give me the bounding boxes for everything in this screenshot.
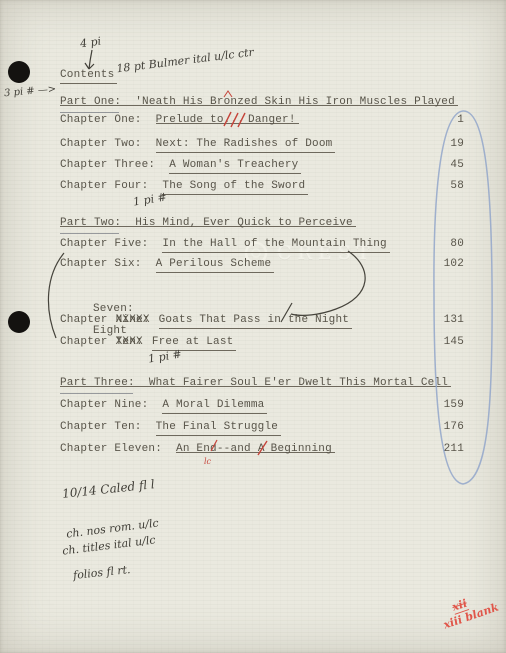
contents-heading: Contents [60,68,117,84]
page-number: 58 [450,179,464,193]
handwritten-folios-note: folios fl rt. [72,563,131,582]
part-three-row: Part Three:What Fairer Soul E'er Dwelt T… [60,376,464,391]
part-label: Part One: [60,95,121,109]
down-arrow-mark [85,50,94,69]
chapter-label: Chapter Nine: [60,398,148,412]
toc-row-chapter-five: Chapter Five: In the Hall of the Mountai… [60,237,464,252]
chapter-title: Goats That Pass in the Night [159,313,352,329]
toc-row-chapter-nine: Chapter Nine: A Moral Dilemma 159 [60,398,464,413]
toc-row-chapter-eleven: Chapter Eleven: An End--andABeginning 21… [60,442,464,457]
chapter-title: A Moral Dilemma [162,398,267,414]
chapter-title: The Final Struggle [156,420,281,436]
toc-row-chapter-three: Chapter Three: A Woman's Treachery 45 [60,158,464,173]
chapter-title: A Woman's Treachery [169,158,301,174]
page-number: 145 [444,335,464,349]
part-title: What Fairer Soul E'er Dwelt This Mortal … [149,376,448,390]
part-label: Part Two: [60,216,121,230]
deleted-ellipsis: ... [224,113,244,127]
part-two-row: Part Two:His Mind, Ever Quick to Perceiv… [60,216,464,231]
handwritten-top-spacing-note: 4 pi [79,35,102,51]
chapter-label: Chapter Ten: [60,420,142,434]
chapter-title: Prelude to...Danger! [156,122,299,124]
page-number: 1 [457,113,464,127]
part-title: 'Neath His Bronzed Skin His Iron Muscles… [135,95,455,109]
chapter-title: An End--andABeginning [176,451,335,453]
chapter-label: Chapter Six: [60,257,142,271]
chapter-label: Chapter [60,335,108,349]
chapter-title: A Perilous Scheme [156,257,275,273]
chapter-label: Chapter Two: [60,137,142,151]
page-number: 19 [450,137,464,151]
page-number: 159 [444,398,464,412]
chapter-label: Chapter One: [60,113,142,127]
typed-overstrike-word: Ten:XXXX [116,335,143,349]
page-number: 176 [444,420,464,434]
toc-row-chapter-ten: Chapter Ten: The Final Struggle 176 [60,420,464,435]
chapter-label: Chapter Eleven: [60,442,162,456]
chapter-title: The Song of the Sword [162,179,308,195]
toc-row-chapter-eight: Chapter Ten:XXXX Free at Last 145 [60,335,464,350]
page-number: 45 [450,158,464,172]
page-number: 102 [444,257,464,271]
toc-row-chapter-four: Chapter Four: The Song of the Sword 58 [60,179,464,194]
page-number: 131 [444,313,464,327]
punch-hole-bottom [8,311,30,333]
toc-row-chapter-six: Chapter Six: A Perilous Scheme 102 [60,257,464,272]
part-label: Part Three: [60,376,135,390]
manuscript-page: CREST 4 pi 18 pt Bulmer ital u/lc ctr 3 … [0,0,506,653]
toc-row-chapter-two: Chapter Two: Next: The Radishes of Doom … [60,137,464,152]
chapter-title: In the Hall of the Mountain Thing [162,237,389,253]
part-title: His Mind, Ever Quick to Perceive [135,216,353,230]
punch-hole-top [8,61,30,83]
chapter-title: Next: The Radishes of Doom [156,137,336,153]
red-corner-folio-note: xii xiii blank [438,587,501,631]
chapter-label: Chapter Four: [60,179,148,193]
chapter-label: Chapter Five: [60,237,148,251]
chapter-title: Free at Last [152,335,237,351]
handwritten-left-spacing-note: 3 pi # —> [4,83,57,101]
page-number: 80 [450,237,464,251]
contents-heading-row: Contents [60,68,464,83]
part-one-row: Part One:'Neath His Bronzed Skin His Iro… [60,95,464,110]
chapter-label: Chapter Three: [60,158,155,172]
toc-row-chapter-one: Chapter One: Prelude to...Danger! 1 [60,113,464,128]
red-lowercase-note: lc [204,455,211,468]
handwritten-leading-note: 10/14 Caled fl l [62,478,156,501]
page-number: 211 [444,442,464,456]
deleted-capital-a: A [258,442,265,456]
